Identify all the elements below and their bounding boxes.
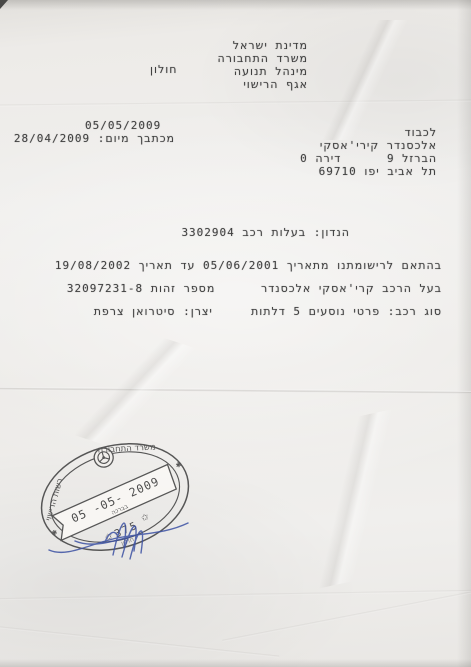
letterhead-administration-line: מינהל תנועה: [218, 65, 308, 78]
addressee-street: הברזל 9 דירה 0: [300, 152, 437, 165]
paper-edge-shadow-right: [457, 0, 471, 667]
fold-crease: [222, 590, 471, 642]
fold-crease: [0, 624, 279, 657]
scanned-letter-page: מדינת ישראל משרד התחבורה מינהל תנועה אגף…: [0, 0, 471, 667]
letterhead-department-line: אגף הרישוי: [218, 78, 308, 91]
body-line-registration-dates: בהתאם לרישומתנו מתאריך 05/06/2001 עד תאר…: [55, 259, 442, 272]
fold-crease: [0, 590, 471, 600]
fold-crease: [0, 100, 471, 107]
addressee-salutation: לכבוד: [300, 126, 437, 139]
signature-strokes: [45, 492, 195, 567]
branch-office-name: חולון: [150, 63, 177, 76]
letter-date: 05/05/2009: [85, 119, 161, 132]
letterhead-ministry-line: משרד התחבורה: [218, 52, 308, 65]
wrinkle-shading: [226, 399, 471, 601]
body-line-vehicle-type: סוג רכב: פרטי נוסעים 5 דלתות יצרן: סיטרו…: [94, 305, 442, 318]
addressee-name: אלכסנדר קירי'אסקי: [300, 139, 437, 152]
paper-edge-shadow-top: [0, 0, 471, 10]
letterhead: מדינת ישראל משרד התחבורה מינהל תנועה אגף…: [218, 39, 308, 91]
handwritten-signature: [45, 492, 195, 567]
paper-edge-shadow-bottom: [0, 659, 471, 667]
subject-line: הנדון: בעלות רכב 3302904: [181, 226, 350, 239]
addressee-city: תל אביב יפו 69710: [300, 165, 437, 178]
letterhead-state-line: מדינת ישראל: [218, 39, 308, 52]
your-letter-date-line: מכתבך מיום: 28/04/2009: [14, 132, 175, 145]
fold-crease: [0, 387, 471, 394]
stamp-asterisk-right: ✱: [175, 461, 183, 470]
body-line-owner-id: בעל הרכב קרי'אסקי אלכסנדר מספר זהות 3209…: [67, 282, 442, 295]
addressee-block: לכבוד אלכסנדר קירי'אסקי הברזל 9 דירה 0 ת…: [300, 126, 437, 178]
